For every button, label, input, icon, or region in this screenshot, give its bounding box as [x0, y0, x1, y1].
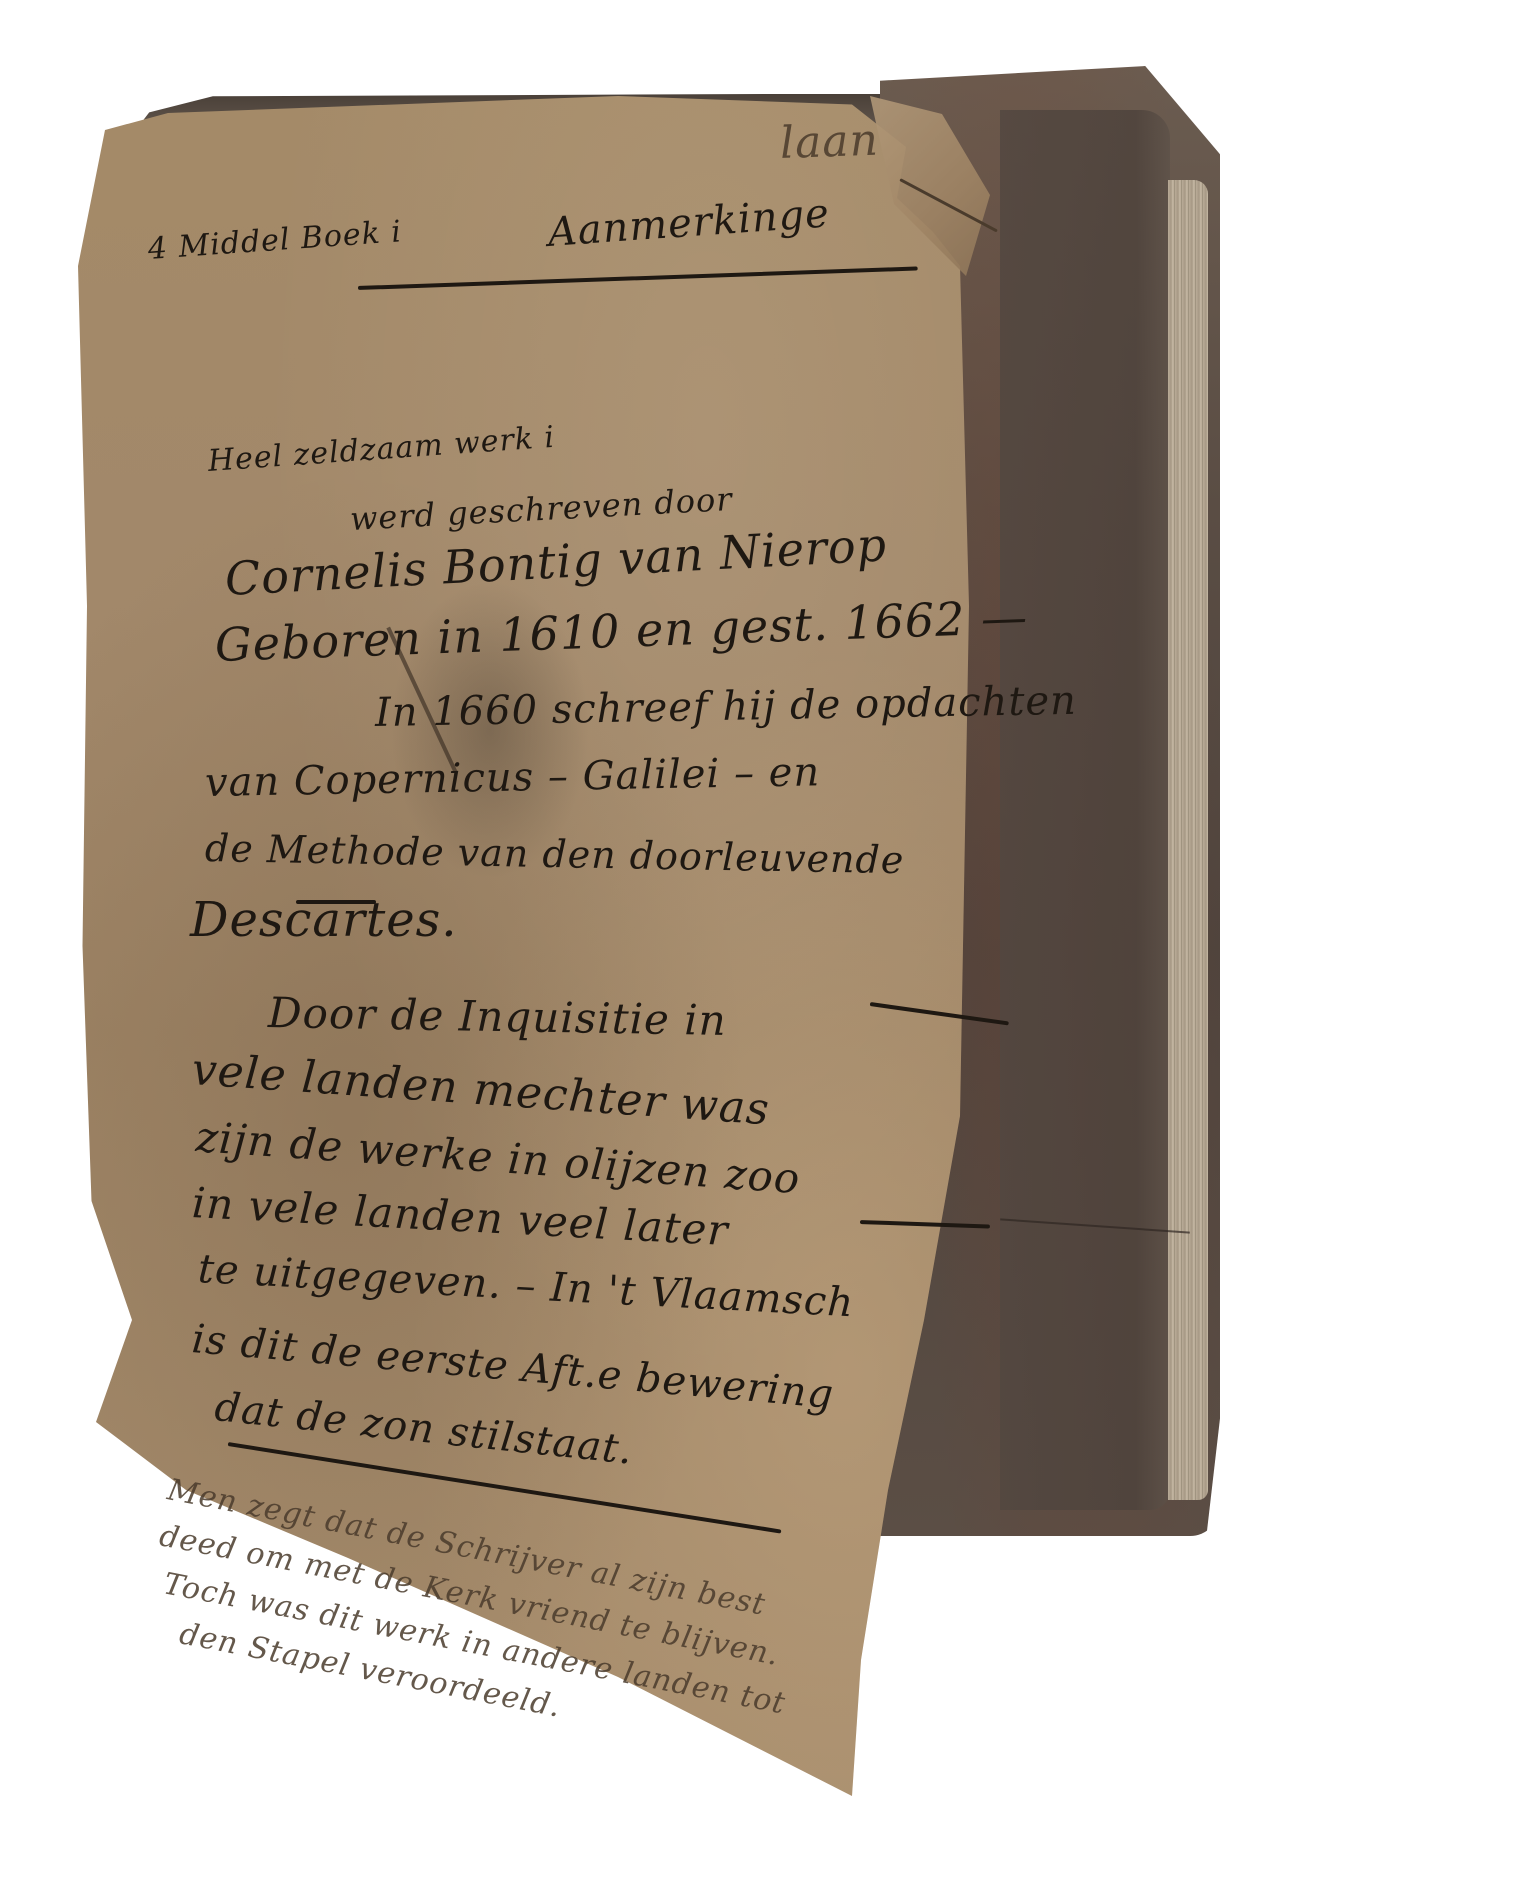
book-photo: laan 4 Middel Boek i Aanmerkinge Heel ze… [0, 0, 1524, 1890]
book-cover-spine-area [1000, 110, 1170, 1510]
descartes-underline [296, 900, 376, 904]
book-page-edges [1168, 180, 1208, 1500]
note-line: Door de Inquisitie in [268, 988, 728, 1045]
corner-annotation: laan [779, 115, 880, 169]
